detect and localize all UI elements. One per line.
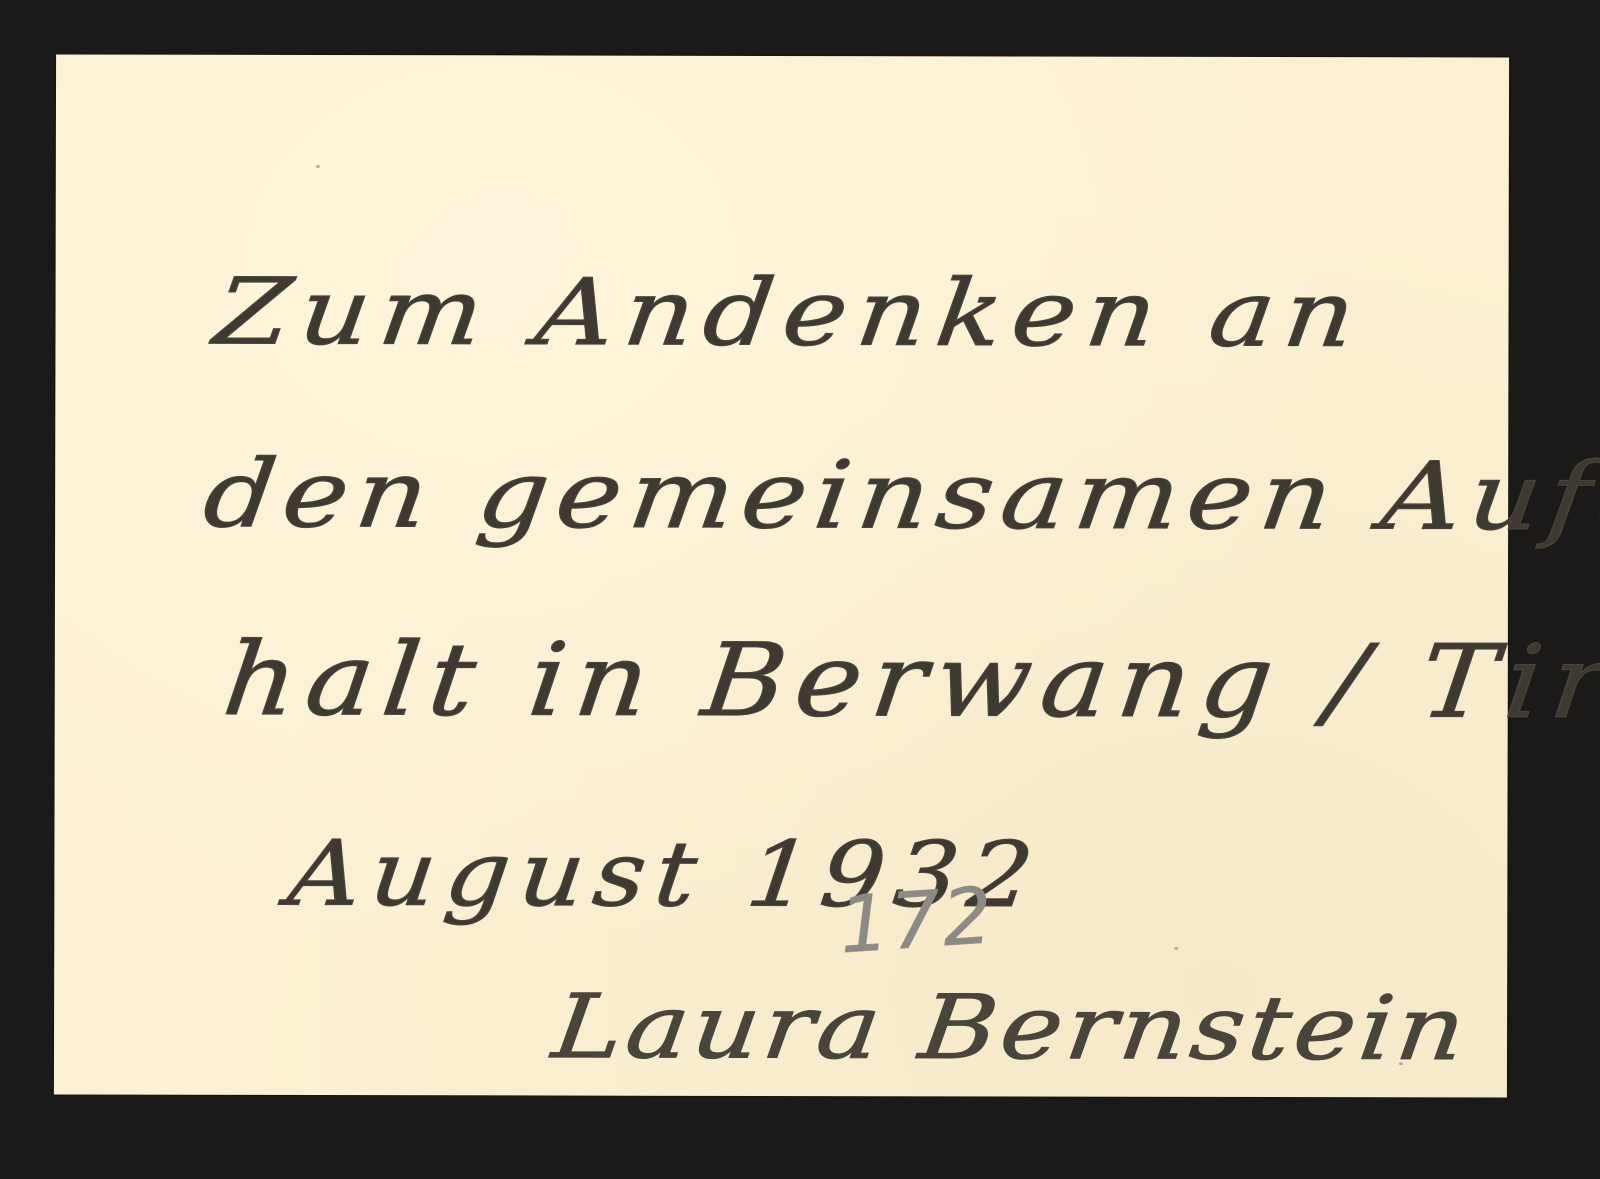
autograph-card: Zum Andenken an den gemeinsamen Aufent- … — [54, 54, 1509, 1097]
paper-speck — [1399, 1062, 1403, 1065]
signature: Laura Bernstein — [548, 975, 1475, 1081]
handwritten-line-3: halt in Berwang / Tirol — [218, 621, 1600, 741]
paper-speck — [1174, 947, 1178, 950]
pencil-annotation: 172 — [836, 871, 997, 971]
handwritten-line-1: Zum Andenken an — [209, 259, 1371, 368]
handwritten-line-2: den gemeinsamen Aufent- — [198, 439, 1600, 551]
paper-speck — [316, 165, 320, 168]
